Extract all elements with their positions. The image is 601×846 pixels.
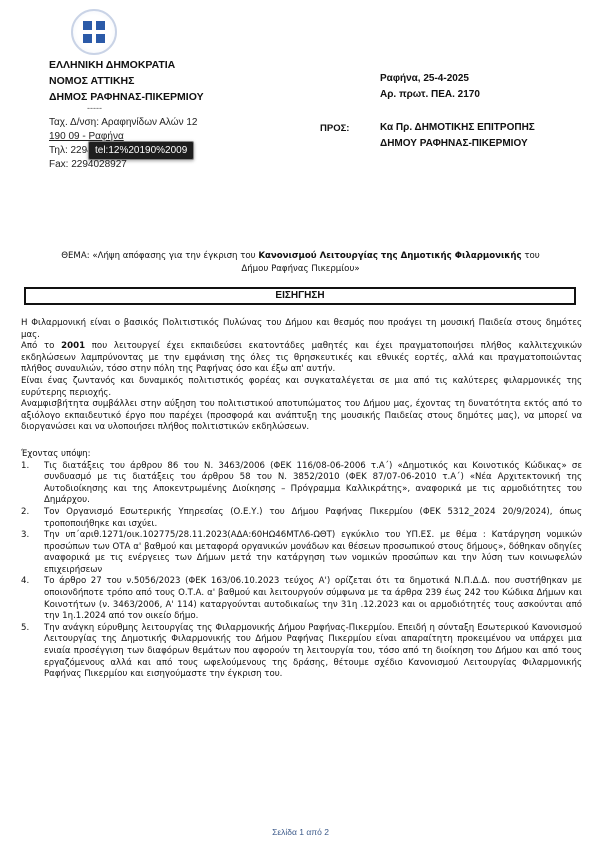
list-item-number: 3. xyxy=(21,530,29,542)
issuer-line-prefecture: ΝΟΜΟΣ ΑΤΤΙΚΗΣ xyxy=(49,73,204,89)
paragraph-2-prefix: Από το xyxy=(21,341,61,351)
link-tooltip: tel:12%20190%2009 xyxy=(88,141,194,160)
subject: ΘΕΜΑ: «Λήψη απόφασης για την έγκριση του… xyxy=(20,250,581,276)
list-item: 3.Την υπ΄αριθ.1271/οικ.102775/28.11.2023… xyxy=(21,530,582,576)
address-fax: Fax: 2294028927 xyxy=(49,158,197,172)
subject-line-2: Δήμου Ραφήνας Πικερμίου» xyxy=(241,264,359,274)
list-item-number: 5. xyxy=(21,623,29,635)
paragraph-1: Η Φιλαρμονική είναι ο βασικός Πολιτιστικ… xyxy=(21,318,582,341)
list-item-number: 2. xyxy=(21,507,29,519)
section-title-box: ΕΙΣΗΓΗΣΗ xyxy=(24,287,576,305)
considering-label: Έχοντας υπόψη: xyxy=(21,449,582,461)
list-item: 2.Τον Οργανισμό Εσωτερικής Υπηρεσίας (Ο.… xyxy=(21,507,582,530)
list-item-text: Την ανάγκη εύρυθμης λειτουργίας της Φιλα… xyxy=(44,623,582,679)
list-item: 5.Την ανάγκη εύρυθμης λειτουργίας της Φι… xyxy=(21,623,582,681)
header-separator: ----- xyxy=(87,103,102,113)
subject-prefix: ΘΕΜΑ: «Λήψη απόφασης για την έγκριση του xyxy=(61,251,258,261)
address-street: Ταχ. Δ/νση: Αραφηνίδων Αλών 12 xyxy=(49,116,197,130)
greek-coat-of-arms-icon xyxy=(80,18,108,46)
list-item: 4.Το άρθρο 27 του ν.5056/2023 (ΦΕΚ 163/0… xyxy=(21,576,582,622)
list-item-text: Τον Οργανισμό Εσωτερικής Υπηρεσίας (Ο.Ε.… xyxy=(44,507,582,529)
recipient-line-2: ΔΗΜΟΥ ΡΑΦΗΝΑΣ-ΠΙΚΕΡΜΙΟΥ xyxy=(380,136,535,152)
recipient-block: Κα Πρ. ΔΗΜΟΤΙΚΗΣ ΕΠΙΤΡΟΠΗΣ ΔΗΜΟΥ ΡΑΦΗΝΑΣ… xyxy=(380,120,535,152)
paragraph-2-suffix: που λειτουργεί έχει εκπαιδεύσει εκατοντά… xyxy=(21,341,582,374)
recipient-label: ΠΡΟΣ: xyxy=(320,123,349,134)
list-item-text: Την υπ΄αριθ.1271/οικ.102775/28.11.2023(Α… xyxy=(44,530,582,575)
considerations-list: 1.Τις διατάξεις του άρθρου 86 του Ν. 346… xyxy=(21,461,582,681)
list-item-text: Τις διατάξεις του άρθρου 86 του Ν. 3463/… xyxy=(44,461,582,506)
issuer-line-municipality: ΔΗΜΟΣ ΡΑΦΗΝΑΣ-ΠΙΚΕΡΜΙΟΥ xyxy=(49,89,204,105)
issuer-block: ΕΛΛΗΝΙΚΗ ΔΗΜΟΚΡΑΤΙΑ ΝΟΜΟΣ ΑΤΤΙΚΗΣ ΔΗΜΟΣ … xyxy=(49,57,204,105)
paragraph-3: Είναι ένας ζωντανός και δυναμικός πολιτι… xyxy=(21,376,582,399)
recipient-line-1: Κα Πρ. ΔΗΜΟΤΙΚΗΣ ΕΠΙΤΡΟΠΗΣ xyxy=(380,120,535,136)
spacer xyxy=(21,434,582,449)
date-line: Ραφήνα, 25-4-2025 xyxy=(380,71,480,87)
paragraph-2-year: 2001 xyxy=(61,341,85,351)
paragraph-4: Αναμφισβήτητα συμβάλλει στην αύξηση του … xyxy=(21,399,582,434)
list-item-number: 1. xyxy=(21,461,29,473)
date-protocol-block: Ραφήνα, 25-4-2025 Αρ. πρωτ. ΠΕΑ. 2170 xyxy=(380,71,480,103)
section-title: ΕΙΣΗΓΗΣΗ xyxy=(275,290,324,301)
list-item-text: Το άρθρο 27 του ν.5056/2023 (ΦΕΚ 163/06.… xyxy=(44,576,582,621)
list-item: 1.Τις διατάξεις του άρθρου 86 του Ν. 346… xyxy=(21,461,582,507)
list-item-number: 4. xyxy=(21,576,29,588)
page-indicator: Σελίδα 1 από 2 xyxy=(0,827,601,837)
subject-suffix: του xyxy=(522,251,540,261)
document-body: Η Φιλαρμονική είναι ο βασικός Πολιτιστικ… xyxy=(21,318,582,681)
paragraph-2: Από το 2001 που λειτουργεί έχει εκπαιδεύ… xyxy=(21,341,582,376)
coat-of-arms-logo xyxy=(71,9,117,55)
protocol-number: Αρ. πρωτ. ΠΕΑ. 2170 xyxy=(380,87,480,103)
issuer-line-country: ΕΛΛΗΝΙΚΗ ΔΗΜΟΚΡΑΤΙΑ xyxy=(49,57,204,73)
subject-bold: Κανονισμού Λειτουργίας της Δημοτικής Φιλ… xyxy=(258,251,521,261)
